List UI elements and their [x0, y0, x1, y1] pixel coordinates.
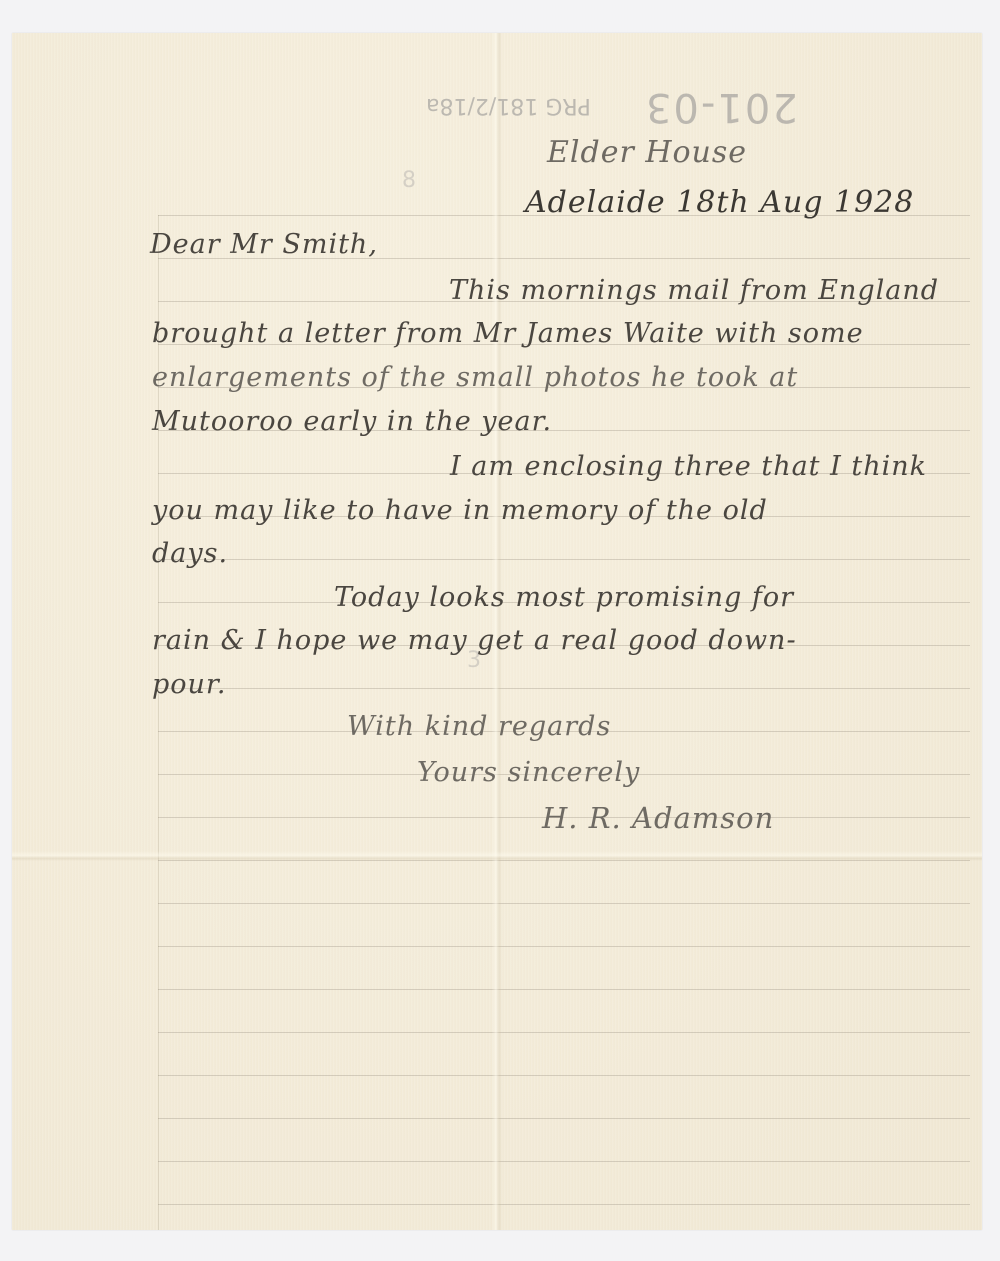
- body-line: I am enclosing three that I think: [450, 451, 927, 482]
- salutation: Dear Mr Smith,: [150, 229, 378, 260]
- body-line: rain & I hope we may get a real good dow…: [152, 625, 797, 656]
- body-line: This mornings mail from England: [449, 275, 939, 306]
- ruled-line: [158, 1161, 970, 1162]
- body-line: days.: [152, 538, 228, 569]
- ruled-line: [158, 989, 970, 990]
- horizontal-fold-crease: [12, 851, 982, 861]
- address-line: Elder House: [547, 135, 747, 170]
- ruled-line: [158, 688, 970, 689]
- place-date-line: Adelaide 18th Aug 1928: [525, 185, 914, 220]
- closing-regards: With kind regards: [347, 711, 611, 742]
- ruled-line: [158, 559, 970, 560]
- body-line: Mutooroo early in the year.: [152, 406, 552, 437]
- ruled-line: [158, 903, 970, 904]
- ruled-line: [158, 1118, 970, 1119]
- ruled-line: [158, 946, 970, 947]
- signature: H. R. Adamson: [542, 801, 774, 835]
- ruled-line: [158, 1075, 970, 1076]
- closing-valediction: Yours sincerely: [417, 757, 640, 788]
- body-line: enlargements of the small photos he took…: [152, 362, 798, 393]
- archive-reference-number: 201-03: [644, 84, 798, 130]
- body-line: pour.: [152, 669, 226, 700]
- body-line: brought a letter from Mr James Waite wit…: [152, 318, 864, 349]
- faint-pencil-mark: 8: [402, 168, 416, 193]
- body-line: Today looks most promising for: [334, 582, 794, 613]
- archive-catalog-number: PRG 181/2/18a: [426, 93, 591, 118]
- ruled-line: [158, 1204, 970, 1205]
- body-line: you may like to have in memory of the ol…: [152, 495, 768, 526]
- letter-paper: 201-03 PRG 181/2/18a 8 3 Elder House Ade…: [12, 33, 982, 1230]
- ruled-line: [158, 1032, 970, 1033]
